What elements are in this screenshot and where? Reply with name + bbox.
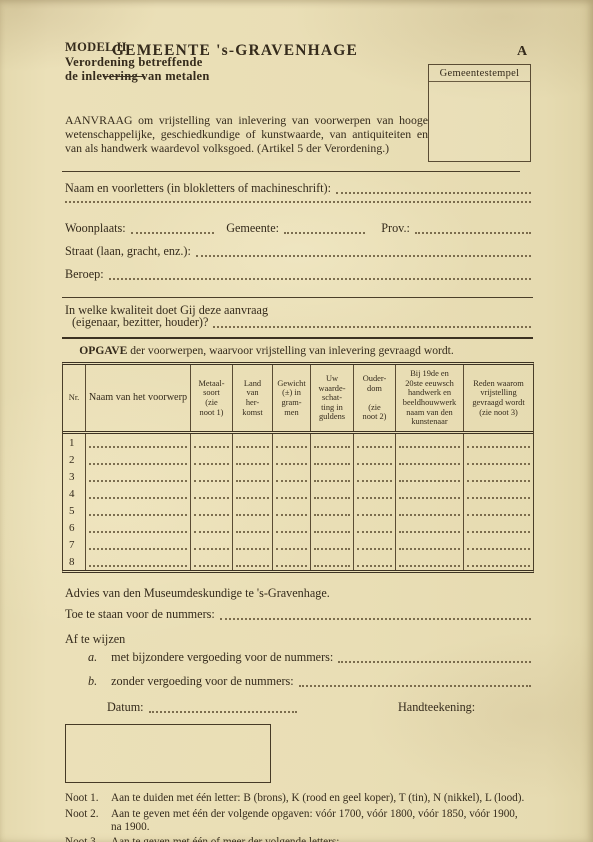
objects-table: Nr. Naam van het voorwerp Metaal- soort … — [62, 362, 534, 573]
dotted-line — [89, 480, 187, 482]
afwijzen-option-b: b. zonder vergoeding voor de nummers: — [88, 674, 531, 689]
column-header-nr: Nr. — [63, 365, 86, 431]
dotted-line — [89, 463, 187, 465]
table-cell — [396, 519, 464, 536]
option-b-text: zonder vergoeding voor de nummers: — [111, 674, 294, 689]
table-cell — [191, 536, 233, 553]
table-cell — [233, 502, 273, 519]
table-row: 6 — [63, 519, 533, 536]
objects-table-body: 12345678 — [63, 434, 533, 570]
option-a-text: met bijzondere vergoeding voor de nummer… — [111, 650, 333, 665]
table-cell — [311, 451, 354, 468]
column-header-waardeschatting: Uw waarde- schat- ting in guldens — [311, 365, 354, 431]
dotted-line — [276, 446, 307, 448]
dotted-line — [276, 548, 307, 550]
dotted-line — [236, 565, 269, 567]
dotted-line — [196, 255, 531, 257]
dotted-line — [467, 480, 530, 482]
dotted-line — [236, 497, 269, 499]
dotted-line — [236, 514, 269, 516]
dotted-line — [467, 531, 530, 533]
table-cell — [233, 519, 273, 536]
dotted-line — [276, 480, 307, 482]
table-cell — [86, 553, 191, 570]
dotted-line — [89, 497, 187, 499]
dotted-line — [357, 565, 392, 567]
dotted-line — [276, 497, 307, 499]
table-caption-bold: OPGAVE — [79, 344, 127, 357]
handteekening-label: Handteekening: — [398, 700, 475, 715]
dotted-line — [467, 497, 530, 499]
dotted-line — [357, 497, 392, 499]
dotted-line — [357, 531, 392, 533]
table-cell — [86, 468, 191, 485]
table-cell — [396, 451, 464, 468]
dotted-line — [467, 548, 530, 550]
dotted-line — [109, 278, 531, 280]
dotted-line — [357, 446, 392, 448]
dotted-line — [194, 565, 229, 567]
table-cell — [273, 451, 311, 468]
corner-letter: A — [517, 44, 527, 60]
dotted-line — [399, 446, 460, 448]
table-cell — [396, 536, 464, 553]
table-cell — [273, 553, 311, 570]
field-straat: Straat (laan, gracht, enz.): — [65, 244, 531, 259]
column-header-ouderdom: Ouder- dom (zie noot 2) — [354, 365, 396, 431]
stamp-box-label: Gemeentestempel — [429, 65, 530, 82]
table-caption: OPGAVE der voorwerpen, waarvoor vrijstel… — [0, 344, 533, 357]
datum-row: Datum: — [107, 700, 297, 715]
table-cell — [354, 536, 396, 553]
dotted-line — [194, 480, 229, 482]
table-cell — [311, 434, 354, 451]
table-cell — [311, 502, 354, 519]
dotted-line — [236, 446, 269, 448]
column-header-land: Land van her- komst — [233, 365, 273, 431]
column-header-kunstenaar: Bij 19de en 20ste eeuwsch handwerk en be… — [396, 365, 464, 431]
dotted-line — [213, 326, 531, 328]
table-cell — [464, 485, 533, 502]
dotted-line — [194, 463, 229, 465]
table-cell — [354, 553, 396, 570]
table-cell — [354, 485, 396, 502]
dotted-line — [338, 661, 531, 663]
dotted-line — [89, 514, 187, 516]
dotted-line — [314, 531, 350, 533]
dotted-line — [194, 446, 229, 448]
table-cell — [464, 519, 533, 536]
dotted-line — [314, 497, 350, 499]
table-cell — [311, 519, 354, 536]
table-cell — [191, 502, 233, 519]
table-cell — [354, 502, 396, 519]
page-title: GEMEENTE 's-GRAVENHAGE — [0, 42, 470, 60]
table-cell — [464, 536, 533, 553]
dotted-line — [314, 480, 350, 482]
table-cell — [273, 434, 311, 451]
table-cell — [354, 468, 396, 485]
dotted-line — [276, 463, 307, 465]
dotted-line — [399, 531, 460, 533]
note-1-label: Noot 1. — [65, 792, 111, 805]
row-number-cell: 8 — [63, 553, 86, 570]
field-beroep: Beroep: — [65, 267, 531, 282]
section-rule — [62, 171, 520, 172]
row-number-cell: 6 — [63, 519, 86, 536]
dotted-line — [415, 232, 531, 234]
municipal-stamp-box: Gemeentestempel — [428, 64, 531, 162]
objects-table-header: Nr. Naam van het voorwerp Metaal- soort … — [63, 365, 533, 434]
table-cell — [273, 468, 311, 485]
woonplaats-label: Woonplaats: — [65, 221, 126, 236]
header-divider-dash — [103, 76, 145, 77]
row-number-cell: 2 — [63, 451, 86, 468]
table-cell — [86, 451, 191, 468]
option-a-letter: a. — [88, 650, 97, 665]
dotted-line — [467, 463, 530, 465]
note-3-label: Noot 3. — [65, 836, 111, 842]
straat-label: Straat (laan, gracht, enz.): — [65, 244, 191, 259]
table-cell — [396, 485, 464, 502]
table-cell — [191, 485, 233, 502]
row-number-cell: 3 — [63, 468, 86, 485]
dotted-line — [220, 618, 531, 620]
column-header-metaalsoort: Metaal- soort (zie noot 1) — [191, 365, 233, 431]
table-cell — [396, 468, 464, 485]
dotted-line — [236, 548, 269, 550]
dotted-line — [131, 232, 215, 234]
table-row: 1 — [63, 434, 533, 451]
table-cell — [233, 553, 273, 570]
table-row: 4 — [63, 485, 533, 502]
dotted-line — [314, 446, 350, 448]
note-2-text: Aan te geven met één der volgende opgave… — [111, 808, 543, 834]
table-cell — [191, 519, 233, 536]
dotted-line — [149, 711, 297, 713]
table-cell — [464, 468, 533, 485]
dotted-line — [467, 514, 530, 516]
section-rule — [62, 297, 533, 298]
table-cell — [396, 434, 464, 451]
table-cell — [311, 468, 354, 485]
dotted-line — [89, 446, 187, 448]
column-header-gewicht: Gewicht (±) in gram- men — [273, 365, 311, 431]
column-header-reden: Reden waarom vrijstelling gevraagd wordt… — [464, 365, 533, 431]
naam-label: Naam en voorletters (in blokletters of m… — [65, 181, 331, 196]
scanned-form-page: MODEL II Verordening betreffende de inle… — [0, 0, 593, 842]
note-1: Noot 1. Aan te duiden met één letter: B … — [65, 792, 543, 805]
table-cell — [191, 434, 233, 451]
table-cell — [396, 502, 464, 519]
table-row: 3 — [63, 468, 533, 485]
afwijzen-label: Af te wijzen — [65, 632, 125, 647]
dotted-line — [467, 446, 530, 448]
field-naam-line2 — [65, 201, 531, 205]
table-row: 7 — [63, 536, 533, 553]
column-header-naam: Naam van het voorwerp — [86, 365, 191, 431]
dotted-line — [357, 548, 392, 550]
request-intro-paragraph: AANVRAAG om vrijstelling van inlevering … — [65, 113, 428, 156]
table-cell — [191, 451, 233, 468]
table-cell — [464, 434, 533, 451]
table-cell — [233, 451, 273, 468]
toestaan-row: Toe te staan voor de nummers: — [65, 607, 531, 622]
option-b-letter: b. — [88, 674, 97, 689]
dotted-line — [336, 192, 531, 194]
note-3-text: Aan te geven met één of meer der volgend… — [111, 836, 543, 842]
dotted-line — [314, 514, 350, 516]
dotted-line — [399, 497, 460, 499]
table-cell — [86, 502, 191, 519]
dotted-line — [399, 480, 460, 482]
table-cell — [273, 536, 311, 553]
table-row: 8 — [63, 553, 533, 570]
table-cell — [354, 519, 396, 536]
table-cell — [396, 553, 464, 570]
dotted-line — [65, 201, 531, 203]
dotted-line — [314, 565, 350, 567]
signature-box — [65, 724, 271, 783]
beroep-label: Beroep: — [65, 267, 104, 282]
toestaan-label: Toe te staan voor de nummers: — [65, 607, 215, 622]
dotted-line — [399, 463, 460, 465]
table-cell — [273, 502, 311, 519]
table-cell — [191, 468, 233, 485]
dotted-line — [276, 531, 307, 533]
prov-label: Prov.: — [381, 221, 410, 236]
kwaliteit-question-line2: (eigenaar, bezitter, houder)? — [72, 315, 531, 330]
datum-label: Datum: — [107, 700, 144, 715]
table-cell — [464, 451, 533, 468]
field-woonplaats-row: Woonplaats: Gemeente: Prov.: — [65, 221, 531, 236]
dotted-line — [236, 463, 269, 465]
table-cell — [233, 536, 273, 553]
table-cell — [86, 434, 191, 451]
note-3: Noot 3. Aan te geven met één of meer der… — [65, 836, 543, 842]
table-cell — [273, 485, 311, 502]
gemeente-label: Gemeente: — [226, 221, 279, 236]
note-2-label: Noot 2. — [65, 808, 111, 834]
dotted-line — [467, 565, 530, 567]
table-cell — [86, 519, 191, 536]
table-cell — [233, 434, 273, 451]
table-cell — [233, 468, 273, 485]
dotted-line — [276, 565, 307, 567]
table-cell — [354, 451, 396, 468]
note-1-text: Aan te duiden met één letter: B (brons),… — [111, 792, 543, 805]
field-naam: Naam en voorletters (in blokletters of m… — [65, 181, 531, 196]
dotted-line — [89, 548, 187, 550]
section-rule-thick — [62, 337, 533, 339]
table-cell — [233, 485, 273, 502]
dotted-line — [357, 480, 392, 482]
note-2: Noot 2. Aan te geven met één der volgend… — [65, 808, 543, 834]
table-cell — [354, 434, 396, 451]
dotted-line — [194, 514, 229, 516]
dotted-line — [194, 497, 229, 499]
dotted-line — [314, 548, 350, 550]
row-number-cell: 4 — [63, 485, 86, 502]
table-cell — [86, 485, 191, 502]
row-number-cell: 1 — [63, 434, 86, 451]
dotted-line — [236, 480, 269, 482]
table-cell — [86, 536, 191, 553]
dotted-line — [299, 685, 531, 687]
table-cell — [311, 485, 354, 502]
dotted-line — [276, 514, 307, 516]
afwijzen-option-a: a. met bijzondere vergoeding voor de num… — [88, 650, 531, 665]
table-cell — [191, 553, 233, 570]
table-caption-rest: der voorwerpen, waarvoor vrijstelling va… — [127, 344, 453, 357]
dotted-line — [89, 531, 187, 533]
table-cell — [311, 536, 354, 553]
table-cell — [464, 502, 533, 519]
dotted-line — [399, 514, 460, 516]
advies-title: Advies van den Museumdeskundige te 's-Gr… — [65, 586, 330, 601]
table-row: 5 — [63, 502, 533, 519]
dotted-line — [357, 463, 392, 465]
dotted-line — [399, 565, 460, 567]
dotted-line — [89, 565, 187, 567]
dotted-line — [314, 463, 350, 465]
table-cell — [273, 519, 311, 536]
dotted-line — [357, 514, 392, 516]
row-number-cell: 5 — [63, 502, 86, 519]
table-cell — [311, 553, 354, 570]
dotted-line — [399, 548, 460, 550]
dotted-line — [236, 531, 269, 533]
table-row: 2 — [63, 451, 533, 468]
dotted-line — [284, 232, 365, 234]
table-cell — [464, 553, 533, 570]
dotted-line — [194, 531, 229, 533]
kwaliteit-label: (eigenaar, bezitter, houder)? — [72, 315, 208, 330]
row-number-cell: 7 — [63, 536, 86, 553]
dotted-line — [194, 548, 229, 550]
